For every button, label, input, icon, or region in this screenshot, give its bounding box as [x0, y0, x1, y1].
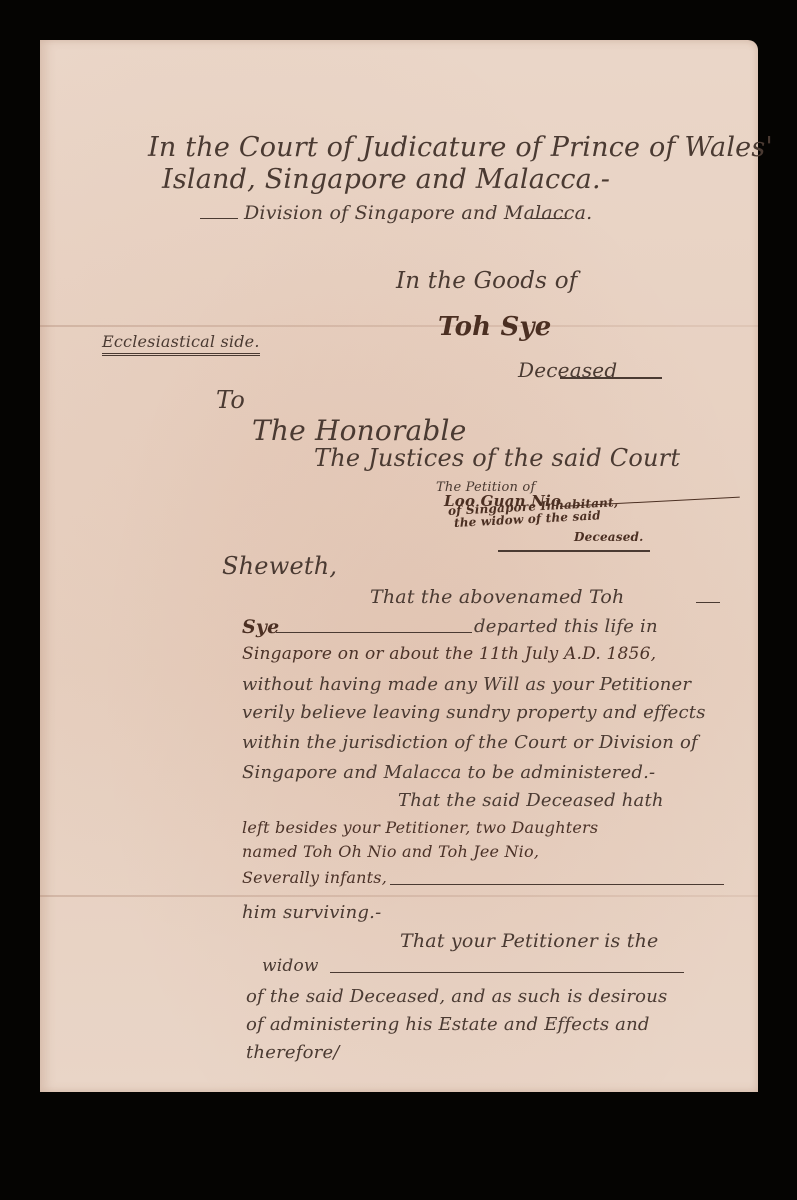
body-line: departed this life in: [474, 616, 658, 637]
body-line: of the said Deceased, and as such is des…: [246, 986, 667, 1007]
petitioner-deceased: Deceased.: [574, 530, 644, 544]
body-line: within the jurisdiction of the Court or …: [242, 732, 698, 753]
body-line: Sye: [242, 616, 279, 638]
address-honorable: The Honorable: [252, 414, 466, 447]
body-line: named Toh Oh Nio and Toh Jee Nio,: [242, 842, 539, 861]
body-line: therefore/: [246, 1042, 340, 1063]
deceased-name: Toh Sye: [438, 312, 552, 342]
court-heading-line2: Island, Singapore and Malacca.-: [162, 164, 610, 195]
rule: [498, 550, 650, 552]
body-line: Severally infants,: [242, 868, 387, 887]
body-line: That your Petitioner is the: [400, 930, 658, 952]
rule: [330, 972, 684, 973]
body-line: That the abovenamed Toh: [370, 586, 624, 608]
rule: [200, 218, 238, 219]
body-line: verily believe leaving sundry property a…: [242, 702, 706, 723]
body-line: That the said Deceased hath: [398, 790, 664, 811]
body-line: without having made any Will as your Pet…: [242, 674, 691, 695]
rule: [560, 377, 662, 379]
sheweth: Sheweth,: [222, 552, 337, 580]
division-heading: Division of Singapore and Malacca.: [244, 202, 592, 224]
paper-fold-line: [40, 895, 758, 897]
paper-fold-line: [40, 325, 758, 327]
address-justices: The Justices of the said Court: [314, 444, 680, 472]
body-line: left besides your Petitioner, two Daught…: [242, 818, 598, 837]
document-page: In the Court of Judicature of Prince of …: [40, 40, 758, 1092]
rule: [696, 602, 720, 603]
body-line: Singapore on or about the 11th July A.D.…: [242, 644, 656, 664]
rule: [532, 218, 566, 219]
body-line: Singapore and Malacca to be administered…: [242, 762, 655, 783]
body-line: of administering his Estate and Effects …: [246, 1014, 650, 1035]
margin-note-ecclesiastical: Ecclesiastical side.: [102, 332, 260, 356]
court-heading-line1: In the Court of Judicature of Prince of …: [148, 132, 773, 163]
rule: [390, 884, 724, 885]
address-to: To: [216, 386, 245, 414]
in-the-goods-of: In the Goods of: [396, 268, 577, 294]
rule: [276, 632, 472, 633]
body-line: widow: [262, 956, 319, 976]
body-line: him surviving.-: [242, 902, 381, 923]
